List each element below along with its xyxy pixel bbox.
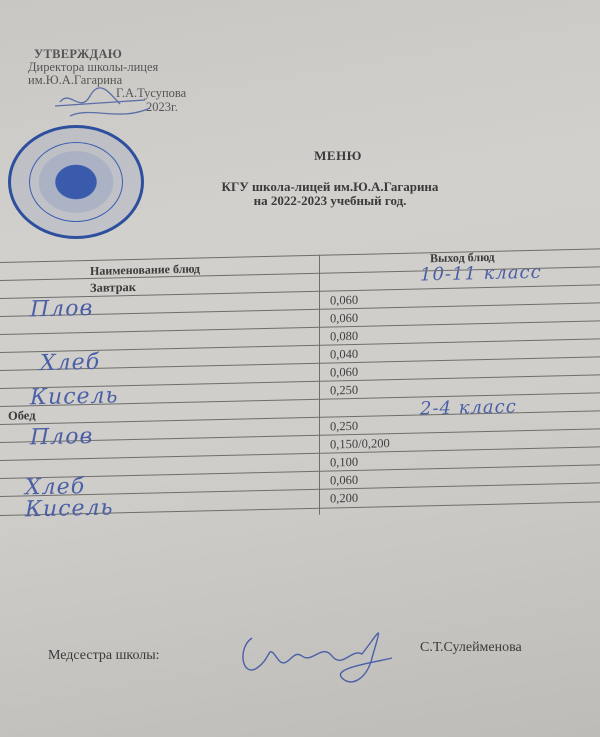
director-signature-icon bbox=[50, 84, 160, 124]
section-label: Обед bbox=[8, 408, 36, 424]
handwritten-dish: Кисель bbox=[25, 495, 114, 522]
nurse-label: Медсестра школы: bbox=[48, 648, 160, 664]
document-title: МЕНЮ bbox=[38, 148, 600, 164]
document-subtitle-2: на 2022-2023 учебный год. bbox=[30, 193, 600, 209]
section-label: Завтрак bbox=[90, 280, 136, 296]
nurse-signature-icon bbox=[232, 618, 402, 693]
handwritten-dish: Хлеб bbox=[40, 350, 100, 376]
handwritten-dish: Плов bbox=[30, 296, 93, 322]
handwritten-dish: Плов bbox=[30, 424, 93, 450]
menu-table: Наименование блюд Выход блюд 10-11 класс… bbox=[0, 248, 600, 532]
nurse-name: С.Т.Сулейменова bbox=[420, 640, 522, 656]
